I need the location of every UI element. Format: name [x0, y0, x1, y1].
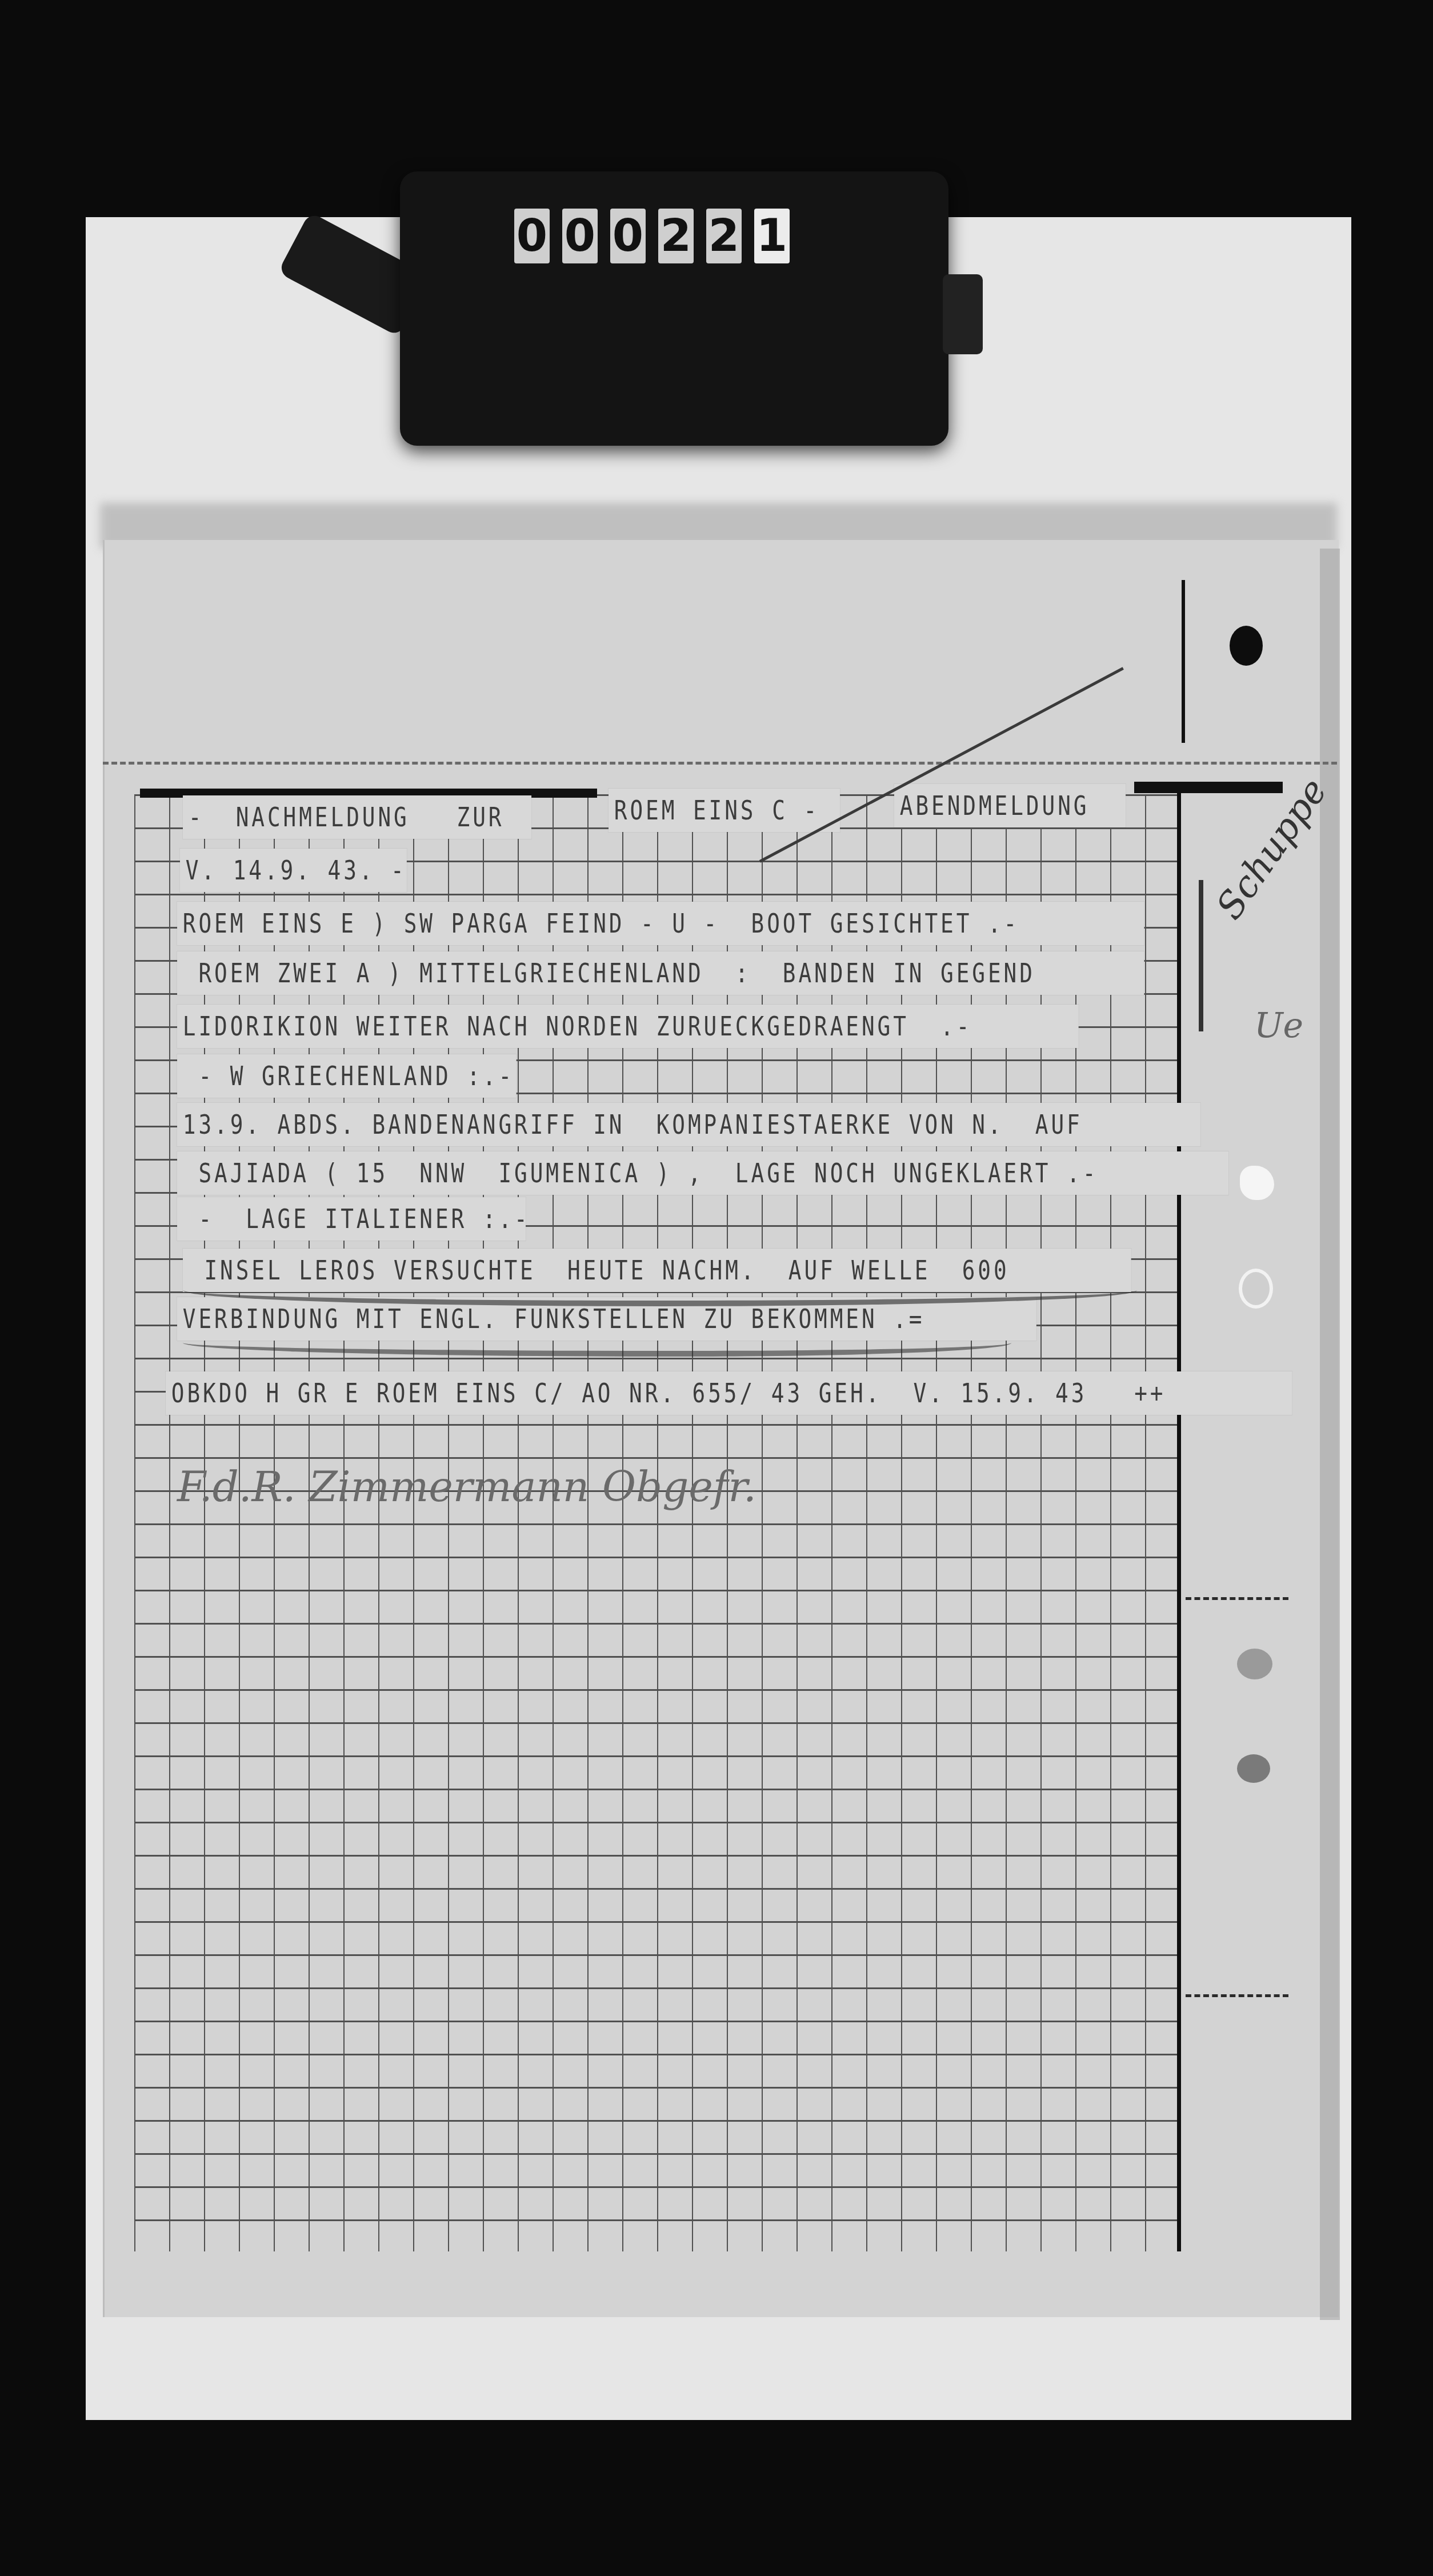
counter-digits: 0 0 0 2 2 1 [514, 209, 790, 271]
counter-digit: 0 [610, 209, 646, 263]
telegram-line: ROEM EINS E ) SW PARGA FEIND - U - BOOT … [177, 902, 1144, 945]
counter-knob [943, 274, 983, 354]
signature-handwriting: F.d.R. Zimmermann Obgefr. [177, 1463, 756, 1511]
counter-digit: 2 [658, 209, 694, 263]
telegram-line: 13.9. ABDS. BANDENANGRIFF IN KOMPANIESTA… [177, 1103, 1200, 1146]
telegram-line: - NACHMELDUNG ZUR [183, 795, 531, 839]
telegram-line: ABENDMELDUNG [894, 784, 1126, 827]
margin-check-stroke [1199, 880, 1203, 1031]
punch-hole-icon [1230, 626, 1263, 666]
telegram-line: SAJIADA ( 15 NNW IGUMENICA ) , LAGE NOCH… [177, 1151, 1228, 1195]
counter-digit: 1 [754, 209, 790, 263]
margin-rule [1177, 789, 1181, 2251]
telegram-line: LIDORIKION WEITER NACH NORDEN ZURUECKGED… [177, 1005, 1079, 1048]
header-rule-right [1134, 782, 1283, 793]
sheet-edge-shadow [1320, 549, 1340, 2320]
telegram-line: OBKDO H GR E ROEM EINS C/ AO NR. 655/ 43… [166, 1371, 1292, 1415]
counter-digit: 0 [562, 209, 598, 263]
punch-hole-icon [1237, 1649, 1272, 1679]
counter-digit: 0 [514, 209, 550, 263]
counter-digit: 2 [706, 209, 742, 263]
telegram-line: V. 14.9. 43. - [180, 849, 407, 892]
margin-initials-handwriting: Ue [1254, 1006, 1303, 1046]
telegram-line: - LAGE ITALIENER :.- [177, 1197, 526, 1241]
punch-hole-icon [1239, 1269, 1273, 1309]
margin-fold-mark [1186, 1994, 1288, 1997]
perforation-line [103, 762, 1337, 765]
punch-hole-icon [1237, 1754, 1270, 1783]
margin-rule-top [1182, 580, 1185, 743]
telegram-line: ROEM ZWEI A ) MITTELGRIECHENLAND : BANDE… [177, 951, 1144, 995]
telegram-line: INSEL LEROS VERSUCHTE HEUTE NACHM. AUF W… [183, 1249, 1131, 1292]
telegram-line: - W GRIECHENLAND :.- [177, 1054, 517, 1098]
telegram-line: ROEM EINS C - [609, 789, 840, 832]
margin-fold-mark [1186, 1597, 1288, 1600]
